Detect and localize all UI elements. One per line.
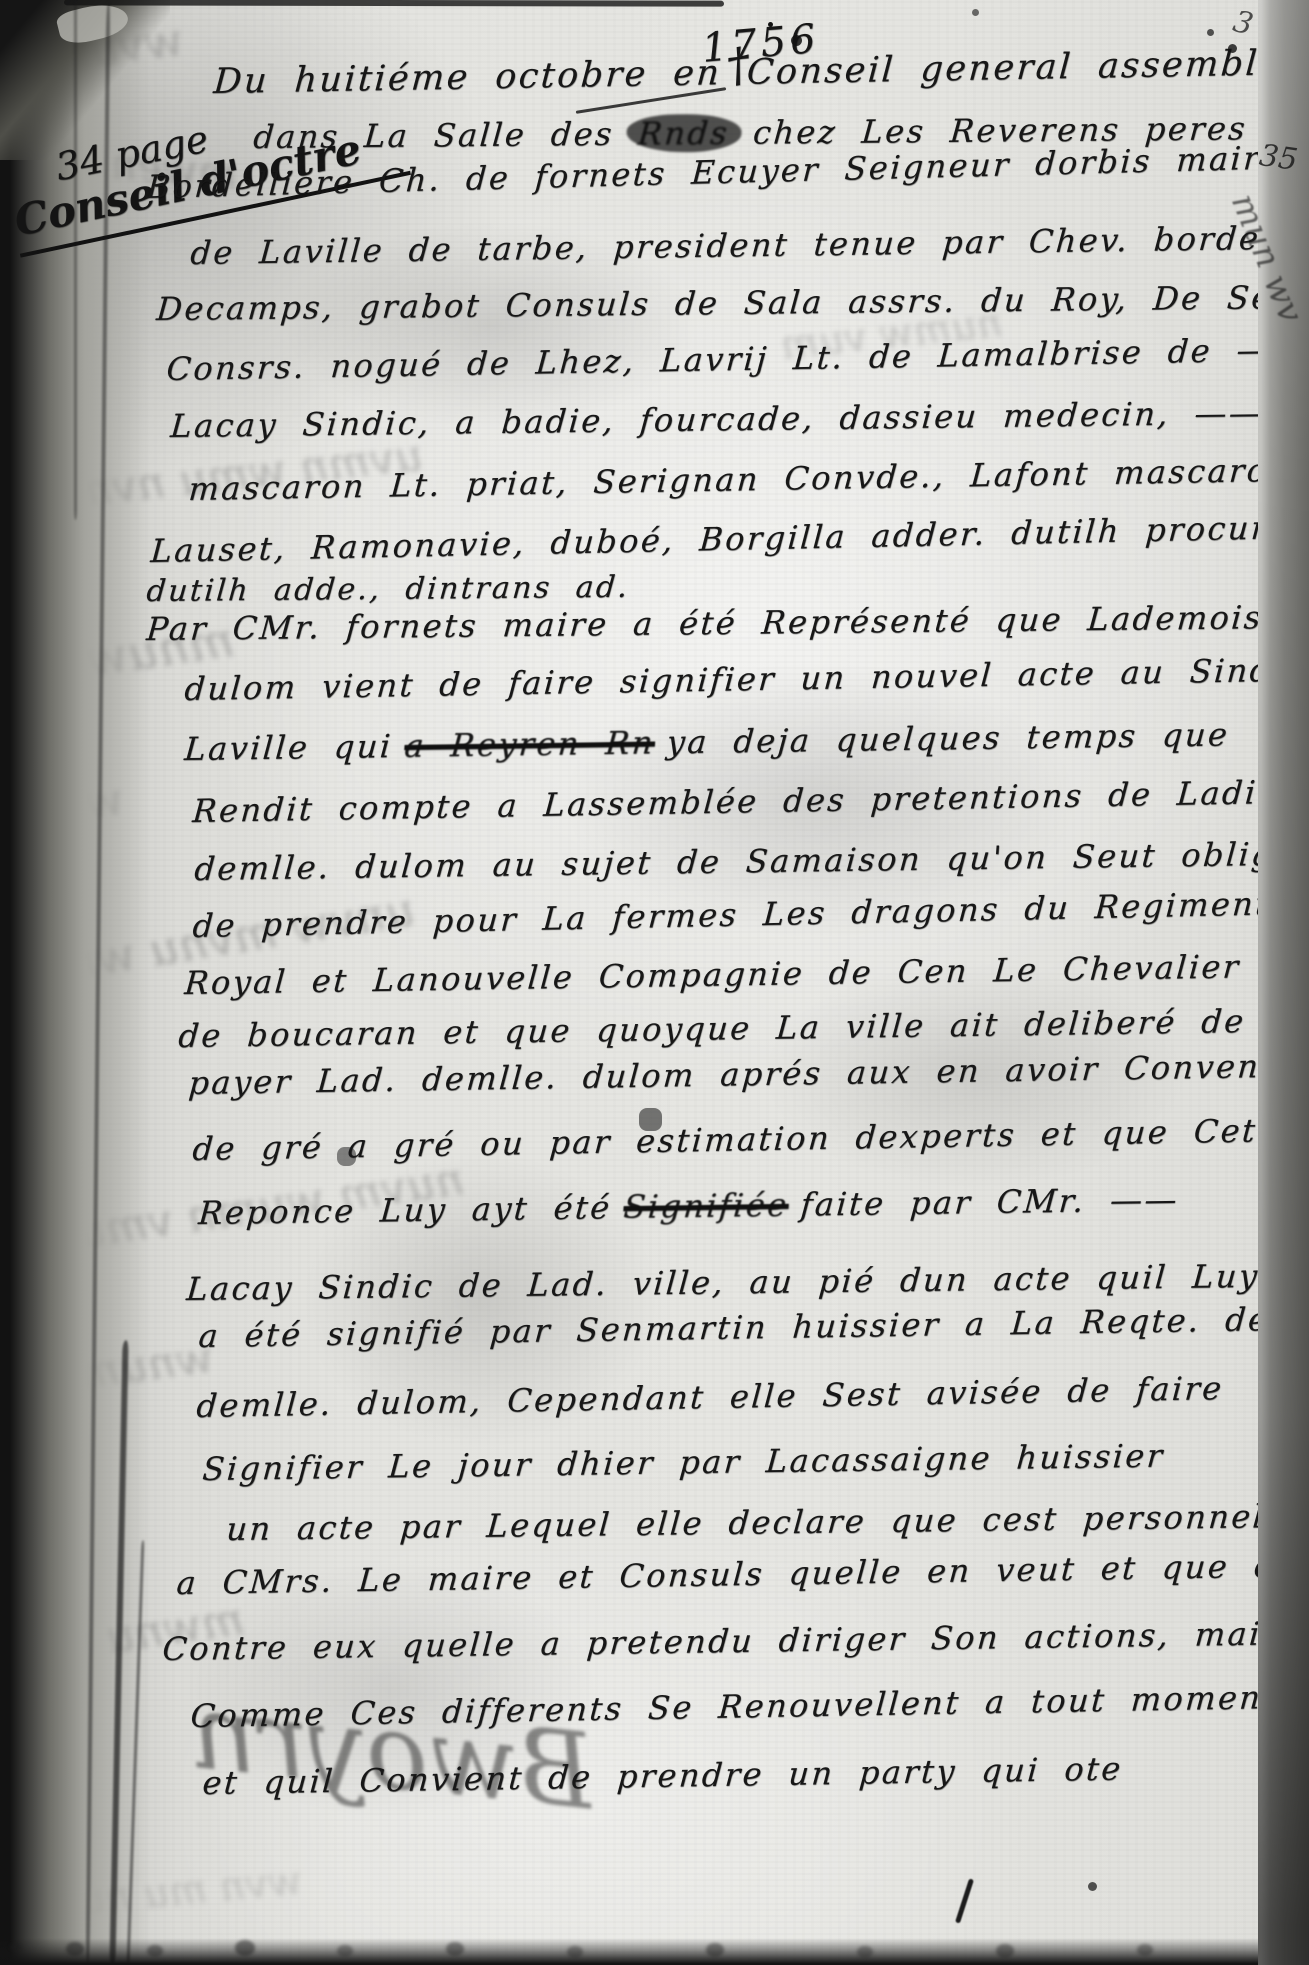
line-text: Laville qui [183, 727, 394, 768]
line-text: Reponce Luy ayt été [197, 1188, 613, 1232]
manuscript-line: dutilh adde., dintrans ad. [145, 570, 631, 609]
line-text: faite par CMr. —— [799, 1180, 1180, 1223]
line-text: dans La Salle des [252, 115, 615, 156]
struck-word: Signifiée [622, 1186, 790, 1226]
blotted-word: Rnds [624, 114, 742, 153]
bottom-edge-blotches [10, 1944, 20, 1950]
line-text: ya deja quelques temps que [666, 715, 1231, 761]
struck-word: a Reyren Rn [403, 723, 656, 765]
facing-page-number: 35 [1257, 138, 1300, 178]
manuscript-scan: wvum numv uwm mnuv wnm mwen unvm wum nuv… [0, 0, 1309, 1965]
